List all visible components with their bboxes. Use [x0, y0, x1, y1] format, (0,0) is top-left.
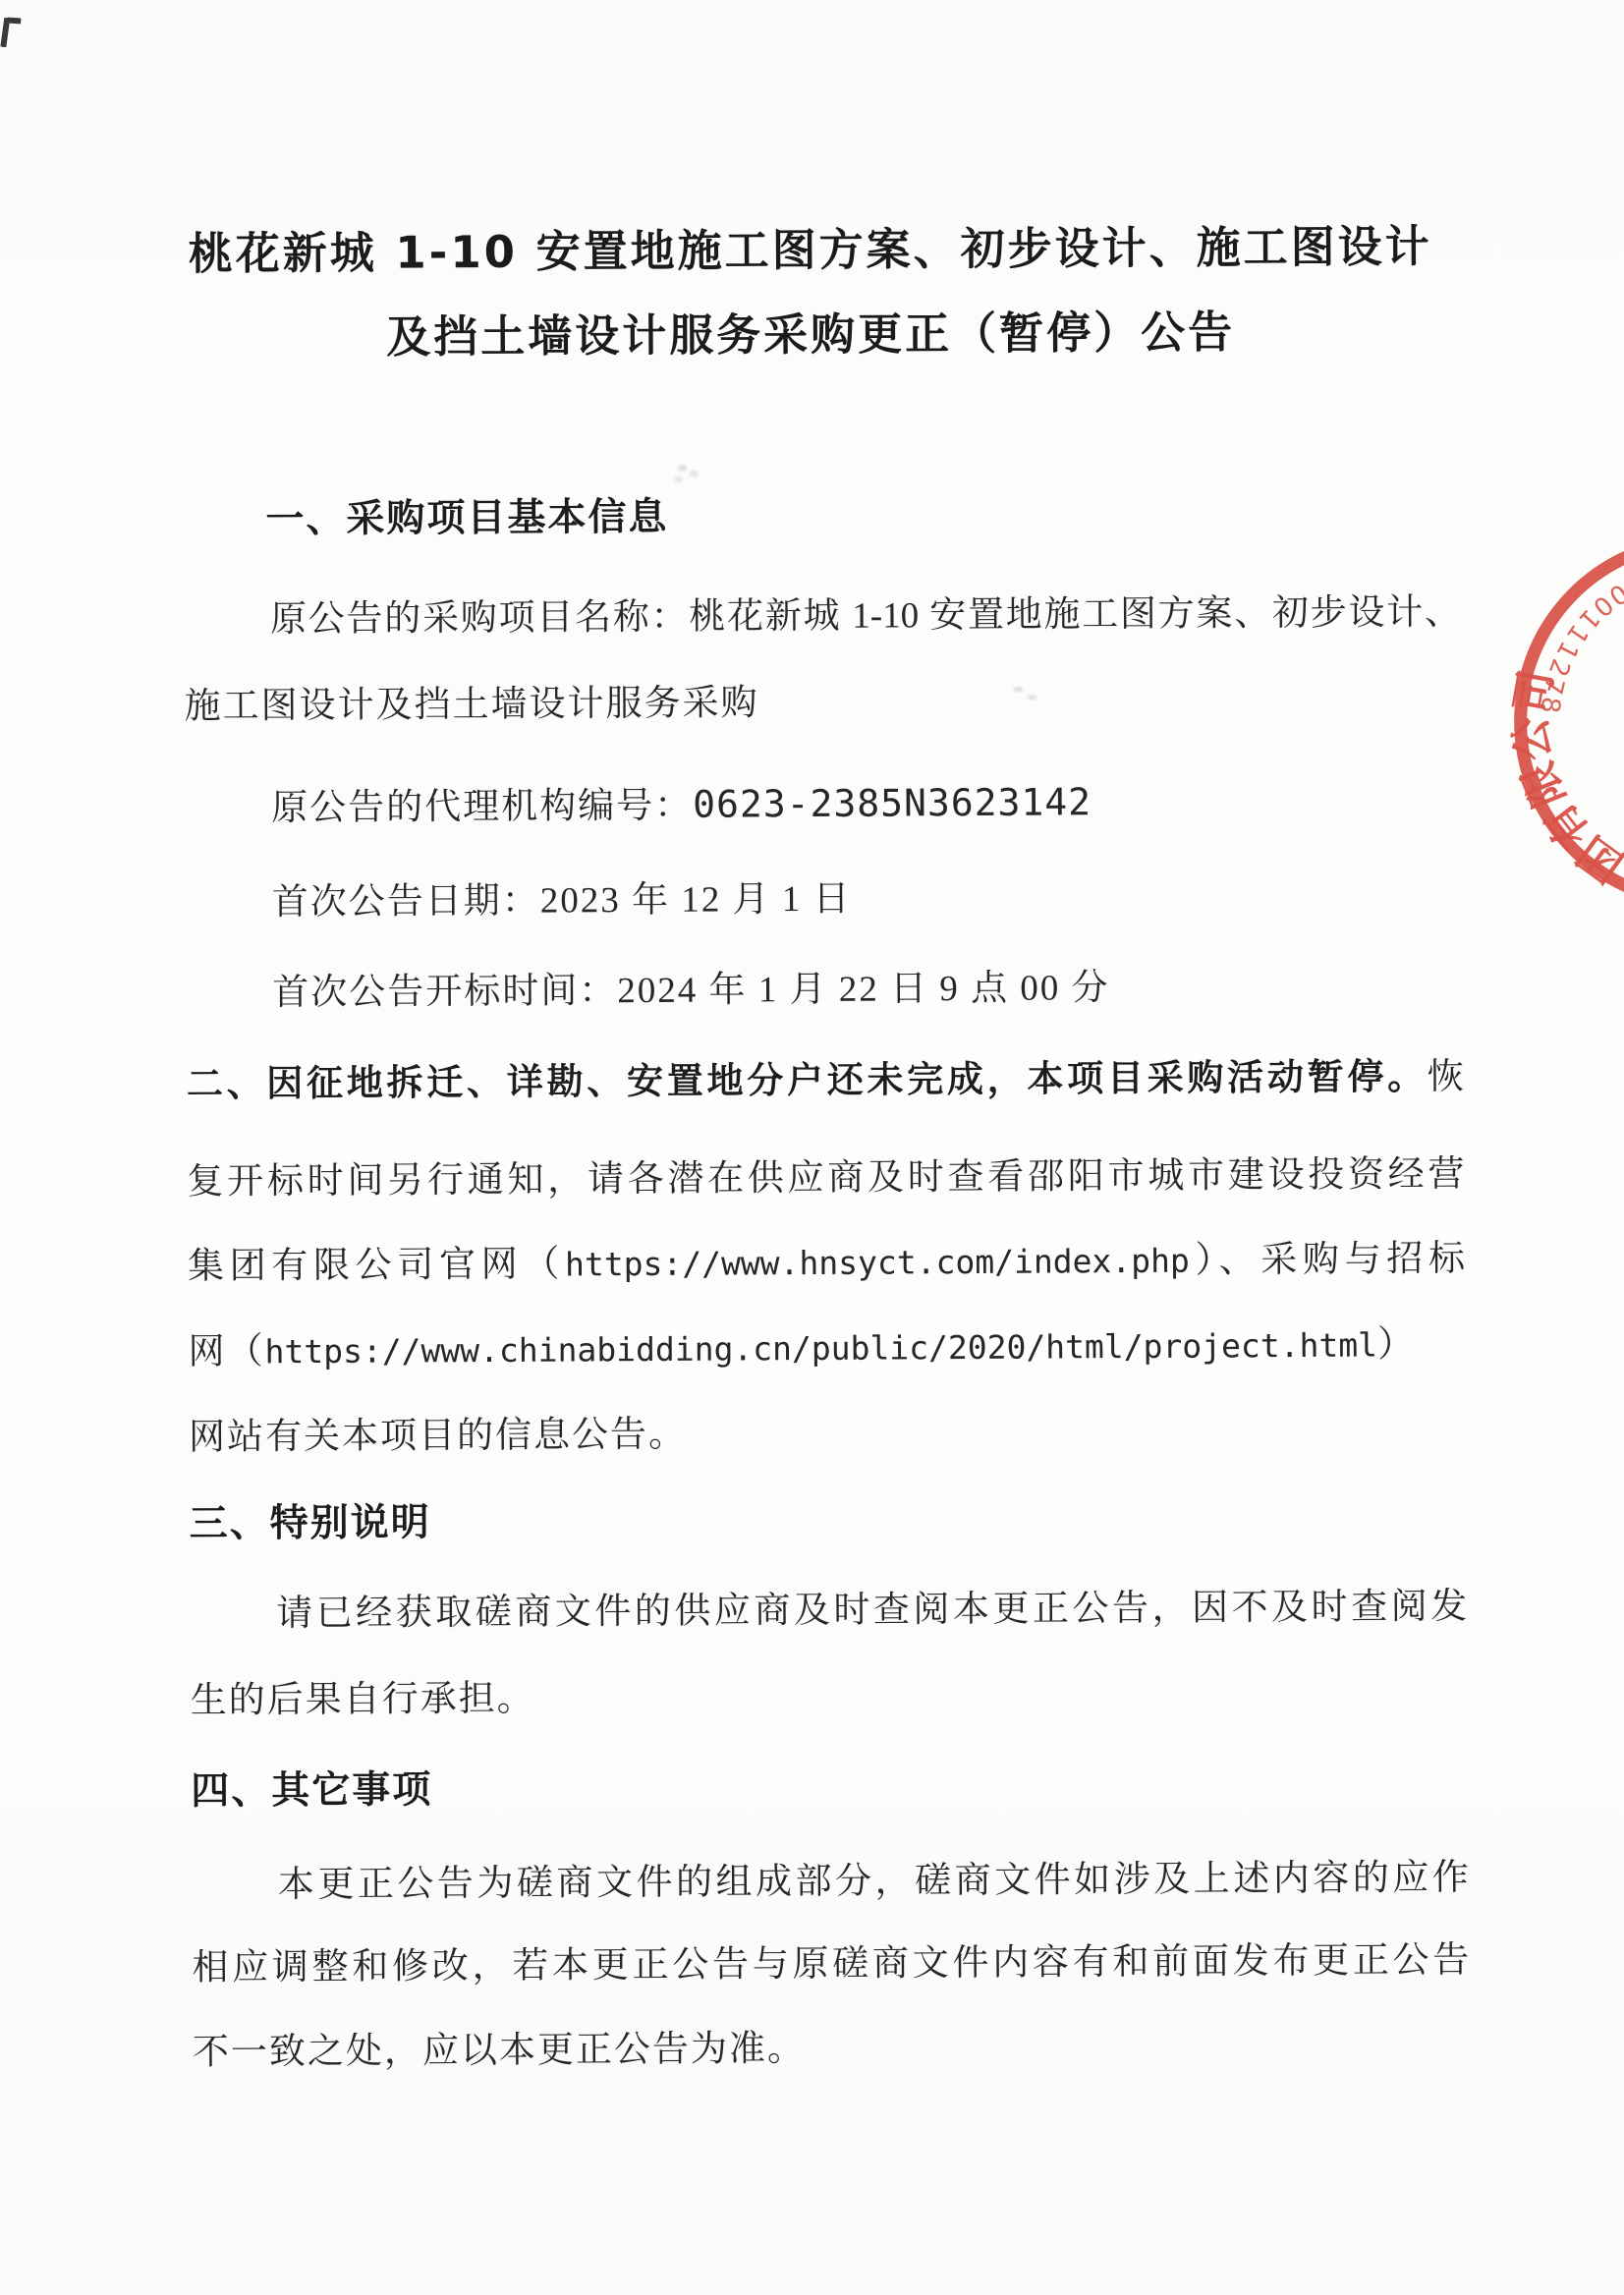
section4-para-line-1: 本更正公告为磋商文件的组成部分，磋商文件如涉及上述内容的应作	[192, 1851, 1469, 1914]
section2-line-4: 网（https://www.chinabidding.cn/public/202…	[188, 1317, 1465, 1380]
first-bid-open-time-line: 首次公告开标时间：2024 年 1 月 22 日 9 点 00 分	[186, 959, 1463, 1022]
scanned-document-page: 桃花新城 1-10 安置地施工图方案、初步设计、施工图设计 及挡土墙设计服务采购…	[0, 0, 1624, 2295]
scan-smudge-artifact	[678, 465, 687, 472]
section2-line1-tail: 恢	[1428, 1057, 1464, 1097]
doc-title-line-1: 桃花新城 1-10 安置地施工图方案、初步设计、施工图设计	[151, 210, 1468, 282]
red-company-seal: 团有限公司 00111278	[1470, 484, 1624, 959]
section2-line4-post: ）	[1377, 1324, 1416, 1365]
section2-bold-lead: 二、因征地拆迁、详勘、安置地分户还未完成，本项目采购活动暂停。	[187, 1055, 1428, 1105]
scan-smudge-artifact	[1013, 687, 1023, 693]
chinabidding-url-text: https://www.chinabidding.cn/public/2020/…	[264, 1325, 1377, 1371]
section2-line3-pre: 集团有限公司官网（	[188, 1245, 565, 1287]
section4-para-line-2: 相应调整和修改，若本更正公告与原磋商文件内容有和前面发布更正公告	[192, 1933, 1469, 1996]
agency-number-label: 原公告的代理机构编号：	[271, 786, 693, 829]
section2-line-2: 复开标时间另行通知，请各潜在供应商及时查看邵阳市城市建设投资经营	[187, 1147, 1464, 1210]
section2-line-1: 二、因征地拆迁、详勘、安置地分户还未完成，本项目采购活动暂停。恢	[187, 1049, 1464, 1113]
section4-para-line-3: 不一致之处，应以本更正公告为准。	[193, 2018, 1470, 2081]
section1-heading: 一、采购项目基本信息	[183, 485, 1460, 548]
agency-number-line: 原公告的代理机构编号：0623-2385N3623142	[185, 772, 1462, 837]
section2-line3-post: ）、采购与招标	[1190, 1239, 1465, 1281]
section2-line-3: 集团有限公司官网（https://www.hnsyct.com/index.ph…	[188, 1232, 1465, 1295]
doc-title-line-2: 及挡土墙设计服务采购更正（暂停）公告	[152, 295, 1469, 366]
section3-heading: 三、特别说明	[189, 1489, 1466, 1552]
section3-para-line-1: 请已经获取磋商文件的供应商及时查阅本更正公告，因不及时查阅发	[190, 1580, 1467, 1643]
section4-heading: 四、其它事项	[191, 1757, 1468, 1819]
agency-number-value: 0623-2385N3623142	[693, 780, 1092, 825]
seal-serial-number-text: 00111278	[1534, 577, 1624, 718]
section2-line4-pre: 网（	[188, 1331, 264, 1371]
section3-para-line-2: 生的后果自行承担。	[191, 1666, 1468, 1729]
company-website-url-text: https://www.hnsyct.com/index.php	[565, 1242, 1190, 1284]
scan-corner-artifact-2	[7, 18, 21, 25]
first-announce-date-line: 首次公告日期：2023 年 12 月 1 日	[186, 868, 1463, 931]
project-name-line-1: 原公告的采购项目名称：桃花新城 1-10 安置地施工图方案、初步设计、	[184, 586, 1461, 648]
document-content: 桃花新城 1-10 安置地施工图方案、初步设计、施工图设计 及挡土墙设计服务采购…	[0, 0, 1624, 2295]
project-name-line-2: 施工图设计及挡土墙设计服务采购	[184, 672, 1461, 735]
section2-line-5: 网站有关本项目的信息公告。	[189, 1403, 1466, 1466]
